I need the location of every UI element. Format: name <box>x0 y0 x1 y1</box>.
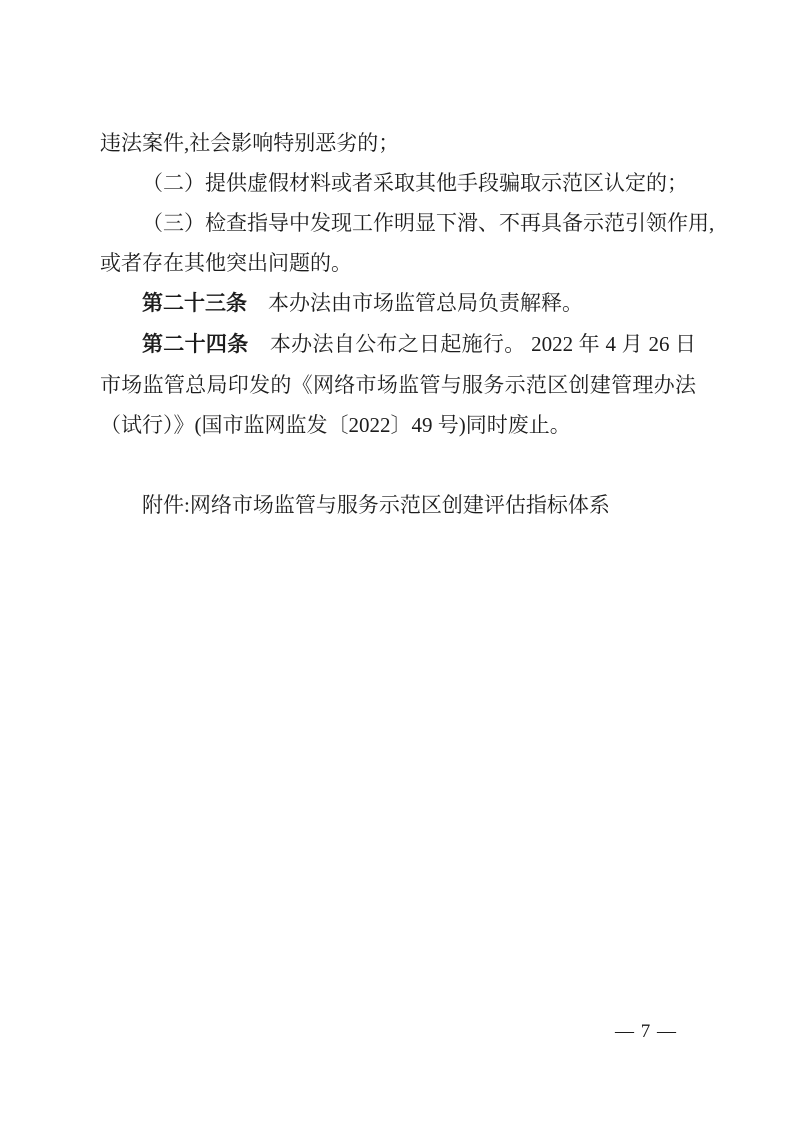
text-line: 违法案件,社会影响特别恶劣的； <box>100 123 696 163</box>
article-heading: 第二十三条 <box>142 292 247 315</box>
text-run: 违法案件,社会影响特别恶劣的； <box>100 131 399 155</box>
text-run: 或者存在其他突出问题的。 <box>100 251 352 275</box>
text-run: （三）检查指导中发现工作明显下滑、不再具备示范引领作用, <box>142 211 714 235</box>
text-line: （试行）》(国市监网监发〔2022〕49 号)同时废止。 <box>100 405 696 445</box>
text-run: 市场监管总局印发的《网络市场监管与服务示范区创建管理办法 <box>100 373 696 397</box>
text-line: 附件:网络市场监管与服务示范区创建评估指标体系 <box>100 485 696 525</box>
text-line: 或者存在其他突出问题的。 <box>100 243 696 283</box>
text-run: 附件:网络市场监管与服务示范区创建评估指标体系 <box>142 493 610 517</box>
text-line: 第二十三条 本办法由市场监管总局负责解释。 <box>100 283 696 324</box>
text-line: 市场监管总局印发的《网络市场监管与服务示范区创建管理办法 <box>100 365 696 405</box>
text-run: 本办法由市场监管总局负责解释。 <box>247 291 583 315</box>
document-body: 违法案件,社会影响特别恶劣的；（二）提供虚假材料或者采取其他手段骗取示范区认定的… <box>100 123 696 525</box>
text-line: （二）提供虚假材料或者采取其他手段骗取示范区认定的； <box>100 163 696 203</box>
article-heading: 第二十四条 <box>142 333 249 356</box>
page-number: — 7 — <box>596 1018 696 1046</box>
text-run: （二）提供虚假材料或者采取其他手段骗取示范区认定的； <box>142 171 688 195</box>
text-line: 第二十四条 本办法自公布之日起施行。 2022 年 4 月 26 日 <box>100 324 696 365</box>
text-run: 本办法自公布之日起施行。 2022 年 4 月 26 日 <box>249 332 696 356</box>
text-run: （试行）》(国市监网监发〔2022〕49 号)同时废止。 <box>100 413 571 437</box>
document-page: 违法案件,社会影响特别恶劣的；（二）提供虚假材料或者采取其他手段骗取示范区认定的… <box>0 0 793 1122</box>
text-line: （三）检查指导中发现工作明显下滑、不再具备示范引领作用, <box>100 203 696 243</box>
blank-line <box>100 445 696 485</box>
